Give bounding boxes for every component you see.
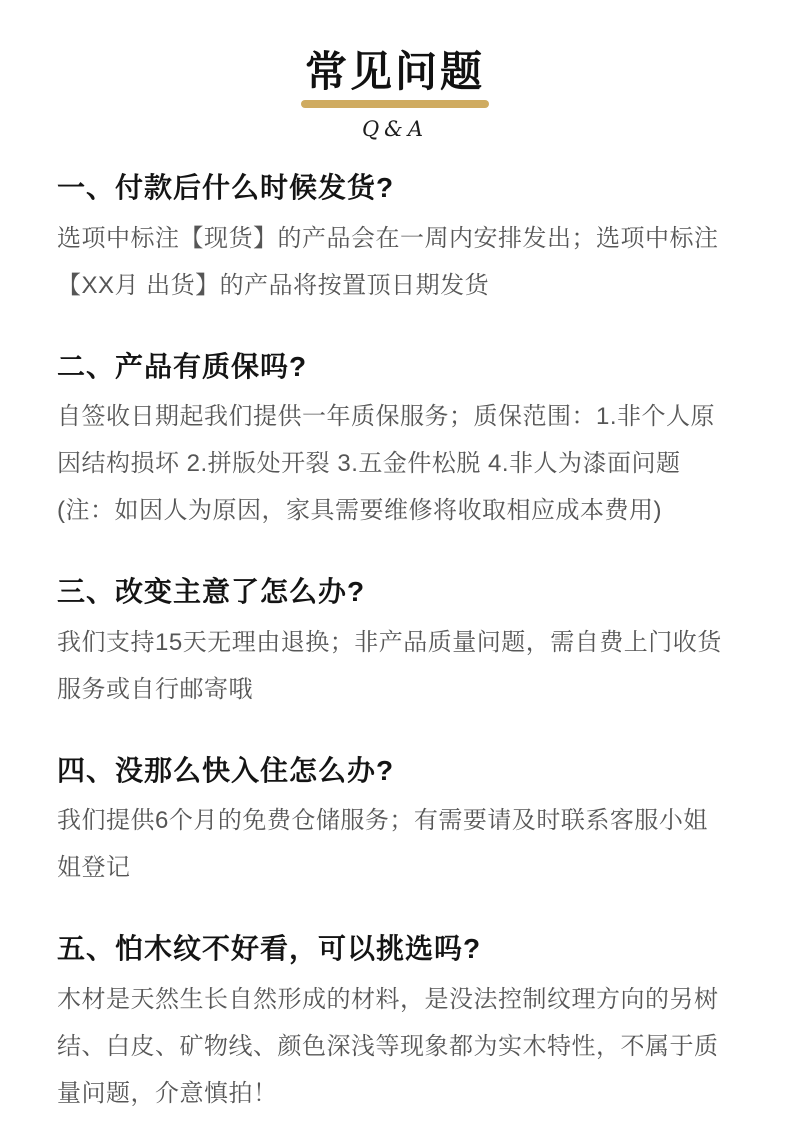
faq-question: 一、付款后什么时候发货? [57, 171, 733, 205]
title-underline [301, 100, 489, 108]
faq-answer: 木材是天然生长自然形成的材料，是没法控制纹理方向的另树 结、白皮、矿物线、颜色深… [57, 976, 733, 1117]
faq-list: 一、付款后什么时候发货? 选项中标注【现货】的产品会在一周内安排发出；选项中标注… [57, 171, 733, 1117]
faq-question: 三、改变主意了怎么办? [57, 575, 733, 609]
faq-item: 五、怕木纹不好看，可以挑选吗? 木材是天然生长自然形成的材料，是没法控制纹理方向… [57, 932, 733, 1117]
faq-item: 一、付款后什么时候发货? 选项中标注【现货】的产品会在一周内安排发出；选项中标注… [57, 171, 733, 309]
faq-question: 五、怕木纹不好看，可以挑选吗? [57, 932, 733, 966]
page-header: 常见问题 Q&A [57, 50, 733, 141]
faq-answer: 我们提供6个月的免费仓储服务；有需要请及时联系客服小姐 姐登记 [57, 797, 733, 891]
faq-item: 三、改变主意了怎么办? 我们支持15天无理由退换；非产品质量问题，需自费上门收货… [57, 575, 733, 713]
page-title: 常见问题 [305, 50, 485, 94]
faq-item: 二、产品有质保吗? 自签收日期起我们提供一年质保服务；质保范围：1.非个人原 因… [57, 350, 733, 535]
page-subtitle: Q&A [57, 117, 733, 141]
faq-page: 常见问题 Q&A 一、付款后什么时候发货? 选项中标注【现货】的产品会在一周内安… [0, 0, 790, 1137]
faq-question: 二、产品有质保吗? [57, 350, 733, 384]
faq-answer: 自签收日期起我们提供一年质保服务；质保范围：1.非个人原 因结构损坏 2.拼版处… [57, 393, 733, 534]
faq-answer: 我们支持15天无理由退换；非产品质量问题，需自费上门收货 服务或自行邮寄哦 [57, 619, 733, 713]
faq-answer: 选项中标注【现货】的产品会在一周内安排发出；选项中标注 【XX月 出货】的产品将… [57, 215, 733, 309]
faq-item: 四、没那么快入住怎么办? 我们提供6个月的免费仓储服务；有需要请及时联系客服小姐… [57, 754, 733, 892]
faq-question: 四、没那么快入住怎么办? [57, 754, 733, 788]
